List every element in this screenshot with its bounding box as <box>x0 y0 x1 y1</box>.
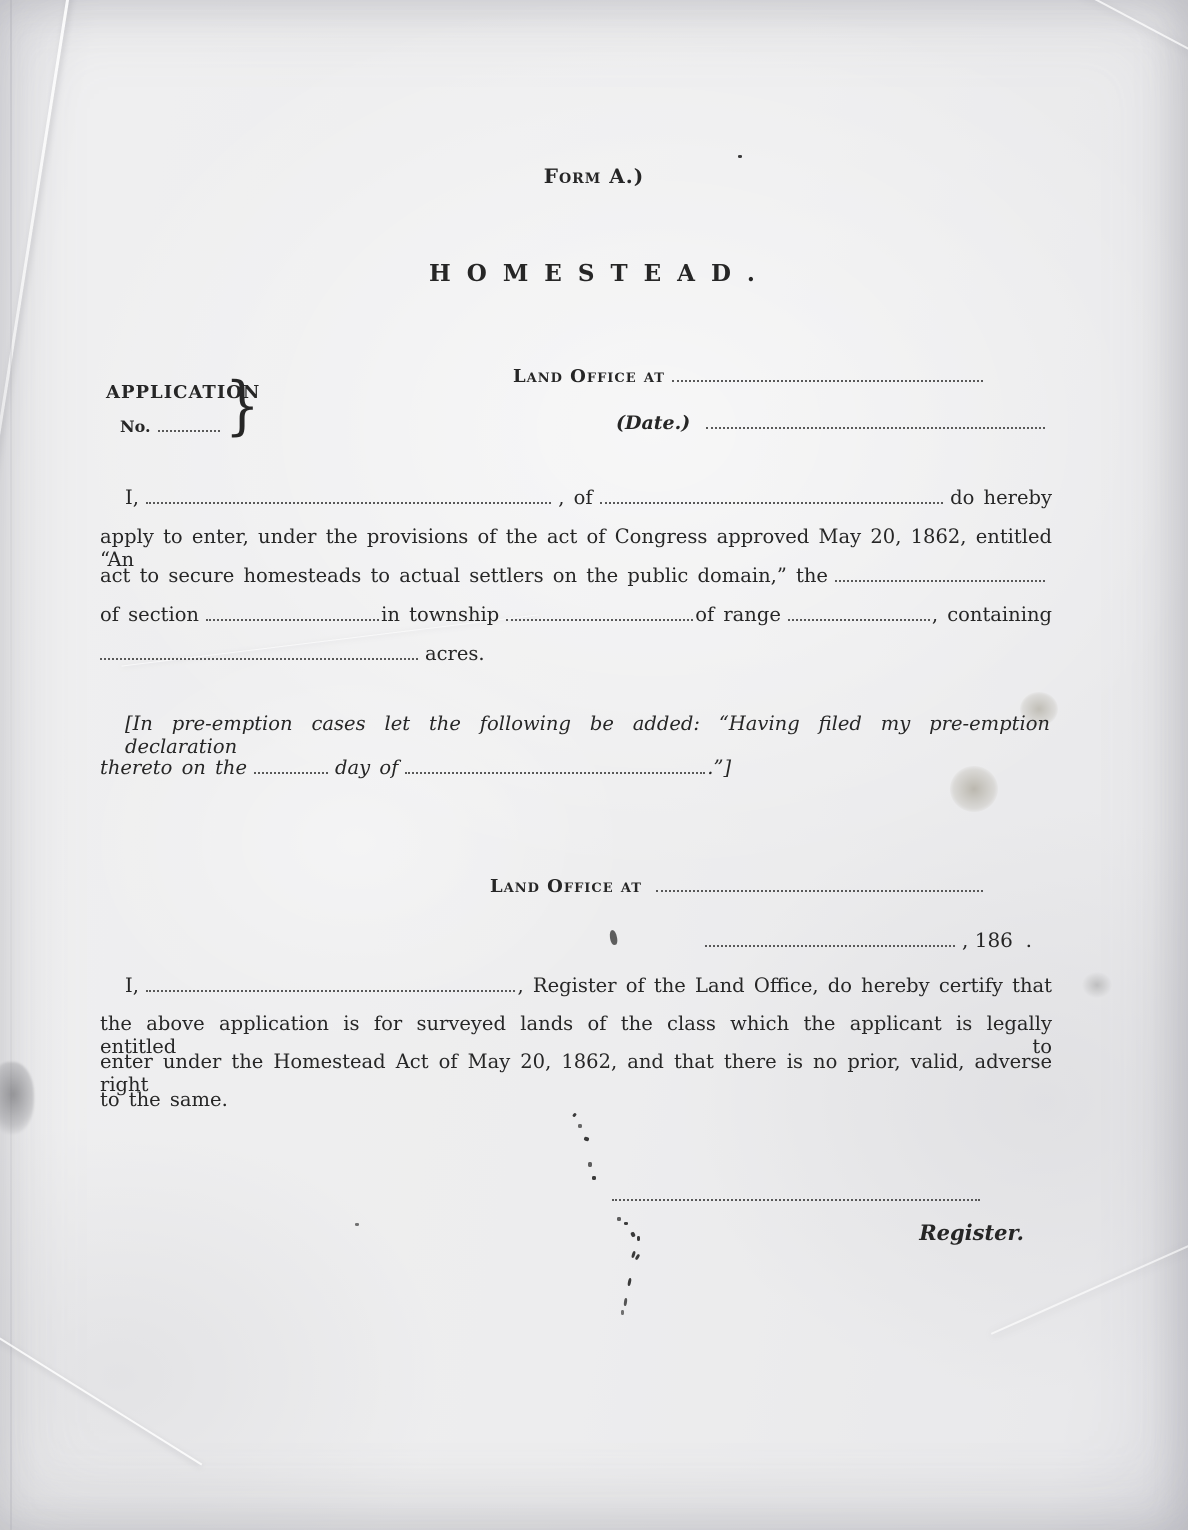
thereto-label: thereto on the <box>100 756 247 779</box>
preemption-date-field[interactable] <box>405 769 705 774</box>
in-township-label: in township <box>381 603 499 626</box>
of-section-label: of section <box>100 603 199 626</box>
land-office-1-row: Land Office at <box>513 366 990 387</box>
domain-clause-label: act to secure homesteads to actual settl… <box>100 564 828 587</box>
acres-label: acres. <box>425 642 485 665</box>
certification-line: I, , Register of the Land Office, do her… <box>100 974 1052 1012</box>
homestead-form-page: Form A.) H O M E S T E A D . APPLICATION… <box>0 0 1188 1530</box>
date-field[interactable] <box>706 424 1045 429</box>
register-clause-label: , Register of the Land Office, do hereby… <box>517 974 1052 997</box>
year-label: , 186 . <box>962 928 1032 952</box>
date-label: (Date.) <box>616 412 690 434</box>
certification-line: the above application is for surveyed la… <box>100 1012 1052 1050</box>
certification-line: to the same. <box>100 1088 1052 1126</box>
preemption-day-field[interactable] <box>254 769 328 774</box>
paragraph-line: apply to enter, under the provisions of … <box>100 525 1052 564</box>
note-line: thereto on the day of .”] <box>100 756 1050 800</box>
township-field[interactable] <box>506 616 693 621</box>
paper-crease <box>10 0 12 1530</box>
paragraph-line: of section in township of range , contai… <box>100 603 1052 642</box>
paragraph-line: act to secure homesteads to actual settl… <box>100 564 1052 603</box>
i-label: I, <box>125 486 139 509</box>
note-line: [In pre-emption cases let the following … <box>100 712 1050 756</box>
paragraph-line: I, , of do hereby <box>100 486 1052 525</box>
application-no-label: No. <box>120 417 151 436</box>
register-signature-label: Register. <box>612 1220 1024 1245</box>
land-description-field[interactable] <box>835 577 1045 582</box>
ink-speck <box>621 1310 624 1315</box>
paper-crease <box>0 1337 202 1466</box>
ink-speck <box>588 1162 592 1167</box>
do-hereby-label: do hereby <box>950 486 1052 509</box>
signature-row <box>612 1186 980 1205</box>
note-closing: .”] <box>707 756 731 779</box>
form-label: Form A.) <box>0 164 1188 188</box>
paper-stain <box>1082 972 1112 998</box>
paper-crease <box>0 0 73 507</box>
application-number-row: No. <box>120 417 230 436</box>
land-office-1-field[interactable] <box>672 377 983 382</box>
of-label: , of <box>558 486 592 509</box>
land-office-1-label: Land Office at <box>513 366 665 387</box>
ink-speck <box>635 1254 641 1261</box>
section-field[interactable] <box>206 616 379 621</box>
ink-speck <box>592 1176 596 1180</box>
register-name-field[interactable] <box>146 987 516 992</box>
ink-speck <box>627 1278 632 1286</box>
ink-smudge <box>0 1062 34 1134</box>
day-of-label: day of <box>335 756 398 779</box>
certification-paragraph: I, , Register of the Land Office, do her… <box>100 974 1052 1126</box>
application-no-field[interactable] <box>158 427 220 432</box>
land-office-2-row: Land Office at <box>490 876 990 897</box>
range-field[interactable] <box>788 616 930 621</box>
application-paragraph: I, , of do hereby apply to enter, under … <box>100 486 1052 681</box>
applicant-residence-field[interactable] <box>600 499 944 504</box>
paper-crease <box>1053 0 1188 86</box>
ink-speck <box>631 1251 636 1259</box>
date-2-field[interactable] <box>705 942 955 947</box>
page-title: H O M E S T E A D . <box>0 260 1188 287</box>
i-label: I, <box>125 974 139 997</box>
containing-label: , containing <box>932 603 1052 626</box>
signature-field[interactable] <box>612 1196 980 1201</box>
ink-blot <box>609 930 618 946</box>
ink-speck <box>355 1223 359 1226</box>
ink-speck <box>623 1298 627 1306</box>
application-brace: } <box>225 374 260 438</box>
of-range-label: of range <box>695 603 781 626</box>
preemption-note: [In pre-emption cases let the following … <box>100 712 1050 800</box>
paragraph-line: acres. <box>100 642 1052 681</box>
year-row: , 186 . <box>705 928 1065 952</box>
applicant-name-field[interactable] <box>146 499 551 504</box>
land-office-2-label: Land Office at <box>490 876 642 897</box>
date-row: (Date.) <box>616 412 1052 434</box>
certification-line: enter under the Homestead Act of May 20,… <box>100 1050 1052 1088</box>
acres-field[interactable] <box>100 655 418 660</box>
ink-speck <box>583 1136 589 1141</box>
land-office-2-field[interactable] <box>656 887 983 892</box>
ink-speck <box>738 155 742 158</box>
